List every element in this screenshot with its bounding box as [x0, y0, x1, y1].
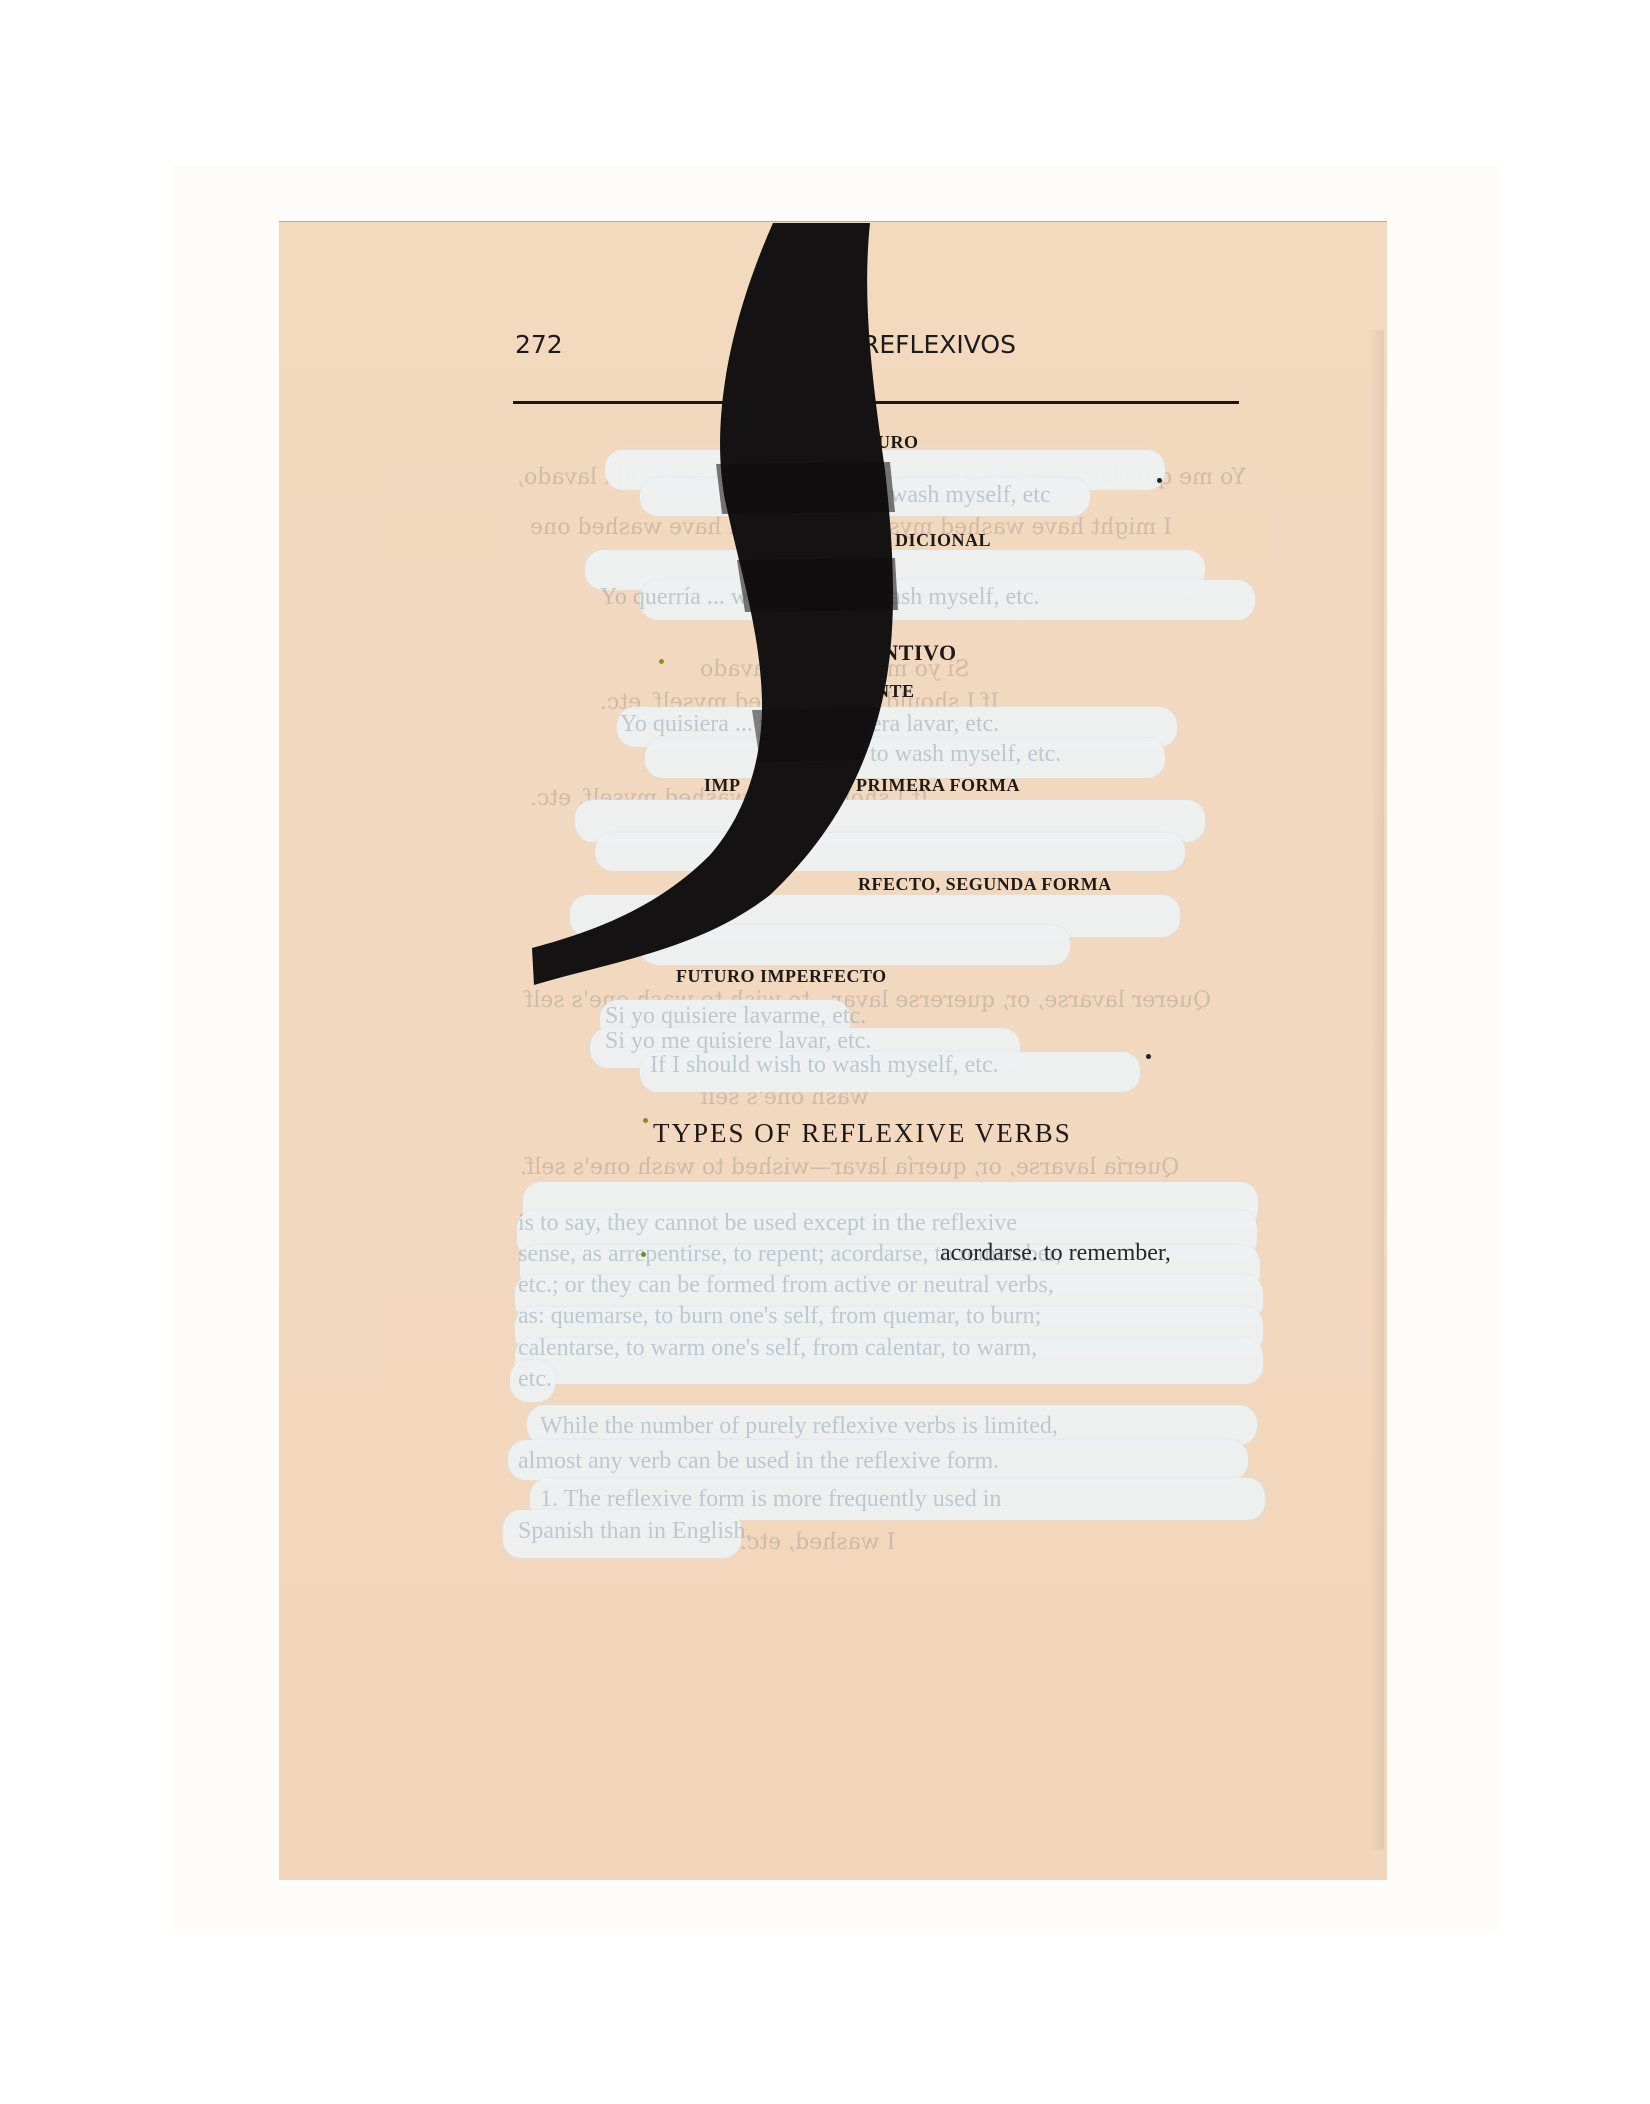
- ink-dot: [1157, 478, 1162, 483]
- ink-dot: [1146, 1054, 1151, 1059]
- paint-speck: [659, 659, 664, 664]
- black-brush-stroke: [0, 0, 1650, 2104]
- paint-speck: [643, 1118, 648, 1123]
- paint-speck: [641, 1252, 646, 1257]
